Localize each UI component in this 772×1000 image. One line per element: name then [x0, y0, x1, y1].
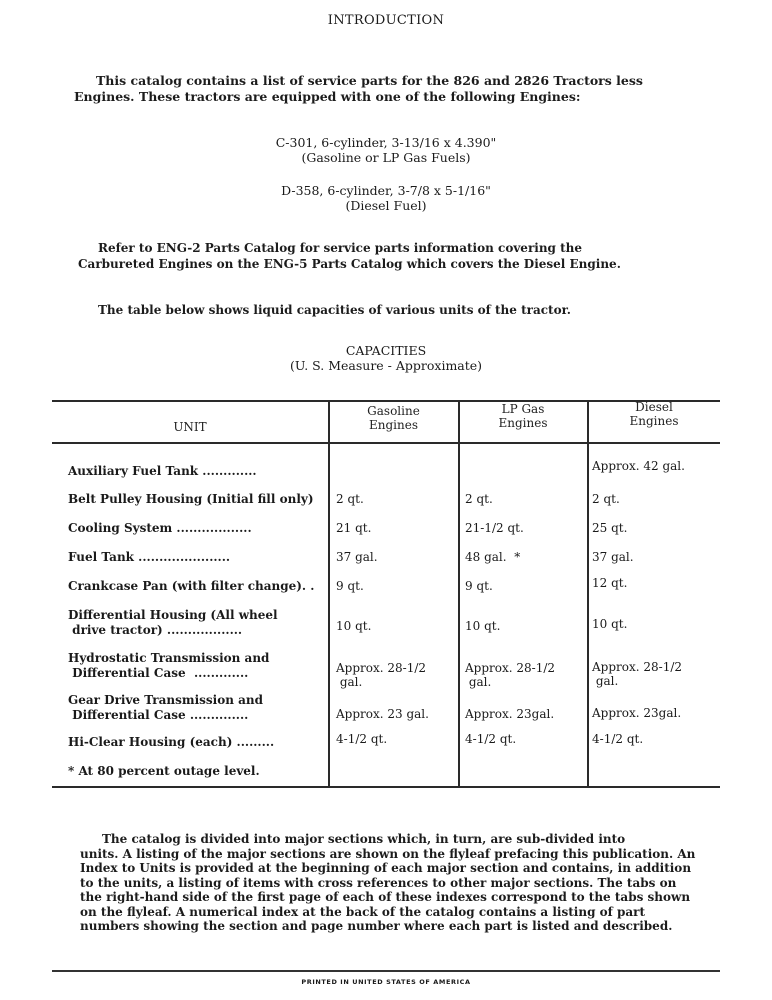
engine-fuel-text: (Diesel Fuel) — [0, 198, 772, 213]
unit-name: Hydrostatic Transmission and Differentia… — [68, 651, 328, 681]
refer-line-1: Refer to ENG-2 Parts Catalog for service… — [78, 240, 698, 256]
capacities-heading: CAPACITIES (U. S. Measure - Approximate) — [0, 343, 772, 373]
unit-name: Fuel Tank ...................... — [68, 550, 328, 564]
diesel-value: 4-1/2 qt. — [592, 732, 643, 746]
table-column-divider — [328, 400, 330, 787]
engine-spec-text: C-301, 6-cylinder, 3-13/16 x 4.390" — [0, 135, 772, 150]
gasoline-value: 9 qt. — [336, 579, 364, 593]
gasoline-value: Approx. 23 gal. — [336, 707, 429, 721]
refer-line-2: Carbureted Engines on the ENG-5 Parts Ca… — [78, 257, 621, 271]
header-unit: UNIT — [52, 420, 328, 434]
page-title: INTRODUCTION — [0, 13, 772, 28]
engine-fuel-text: (Gasoline or LP Gas Fuels) — [0, 150, 772, 165]
gasoline-value: 2 qt. — [336, 492, 364, 506]
gasoline-value: 21 qt. — [336, 521, 371, 535]
diesel-value: Approx. 23gal. — [592, 706, 681, 720]
lpgas-value: 48 gal. * — [465, 550, 520, 564]
capacities-title: CAPACITIES — [0, 343, 772, 358]
unit-name: Cooling System .................. — [68, 521, 328, 535]
engine-spec-text: D-358, 6-cylinder, 3-7/8 x 5-1/16" — [0, 183, 772, 198]
capacities-table: UNIT Gasoline Engines LP Gas Engines Die… — [52, 400, 720, 788]
header-diesel-line1: Diesel — [588, 400, 720, 414]
unit-name: Crankcase Pan (with filter change). . — [68, 579, 328, 593]
header-diesel: Diesel Engines — [588, 400, 720, 428]
unit-name: Auxiliary Fuel Tank ............. — [68, 464, 328, 478]
header-gasoline-line1: Gasoline — [329, 404, 458, 418]
closing-rest: units. A listing of the major sections a… — [80, 847, 695, 934]
header-gasoline-line2: Engines — [329, 418, 458, 432]
table-header-rule — [52, 442, 720, 444]
intro-line-1: This catalog contains a list of service … — [74, 73, 674, 89]
diesel-value: 2 qt. — [592, 492, 620, 506]
lpgas-value: 10 qt. — [465, 619, 500, 633]
lpgas-value: 21-1/2 qt. — [465, 521, 524, 535]
footer-rule — [52, 970, 720, 972]
diesel-value: 25 qt. — [592, 521, 627, 535]
intro-line-2: Engines. These tractors are equipped wit… — [74, 89, 581, 104]
gasoline-value: 10 qt. — [336, 619, 371, 633]
unit-name: Differential Housing (All wheel drive tr… — [68, 608, 328, 638]
gasoline-value: 37 gal. — [336, 550, 378, 564]
lpgas-value: 4-1/2 qt. — [465, 732, 516, 746]
unit-name: Hi-Clear Housing (each) ......... — [68, 735, 328, 749]
unit-name: Belt Pulley Housing (Initial fill only) — [68, 492, 328, 506]
engine-spec-d358: D-358, 6-cylinder, 3-7/8 x 5-1/16" (Dies… — [0, 183, 772, 213]
table-bottom-rule — [52, 786, 720, 788]
diesel-value: Approx. 42 gal. — [592, 459, 685, 473]
header-lpgas: LP Gas Engines — [459, 402, 587, 430]
unit-name: Gear Drive Transmission and Differential… — [68, 693, 328, 723]
table-column-divider — [587, 400, 589, 787]
capacities-subtitle: (U. S. Measure - Approximate) — [0, 358, 772, 373]
gasoline-value: 4-1/2 qt. — [336, 732, 387, 746]
gasoline-value: Approx. 28-1/2 gal. — [336, 661, 426, 689]
diesel-value: Approx. 28-1/2 gal. — [592, 660, 682, 688]
refer-paragraph: Refer to ENG-2 Parts Catalog for service… — [78, 240, 698, 272]
table-column-divider — [458, 400, 460, 787]
printed-in-usa-notice: PRINTED IN UNITED STATES OF AMERICA — [0, 978, 772, 986]
lpgas-value: Approx. 23gal. — [465, 707, 554, 721]
table-intro-text: The table below shows liquid capacities … — [98, 302, 718, 318]
header-gasoline: Gasoline Engines — [329, 404, 458, 432]
diesel-value: 10 qt. — [592, 617, 627, 631]
lpgas-value: 9 qt. — [465, 579, 493, 593]
header-diesel-line2: Engines — [588, 414, 720, 428]
closing-line-1: The catalog is divided into major sectio… — [80, 832, 700, 847]
closing-paragraph: The catalog is divided into major sectio… — [80, 832, 700, 934]
diesel-value: 37 gal. — [592, 550, 634, 564]
header-lpgas-line1: LP Gas — [459, 402, 587, 416]
intro-paragraph: This catalog contains a list of service … — [74, 73, 674, 105]
header-lpgas-line2: Engines — [459, 416, 587, 430]
lpgas-value: 2 qt. — [465, 492, 493, 506]
diesel-value: 12 qt. — [592, 576, 627, 590]
lpgas-value: Approx. 28-1/2 gal. — [465, 661, 555, 689]
table-footnote: * At 80 percent outage level. — [68, 764, 260, 778]
engine-spec-c301: C-301, 6-cylinder, 3-13/16 x 4.390" (Gas… — [0, 135, 772, 165]
